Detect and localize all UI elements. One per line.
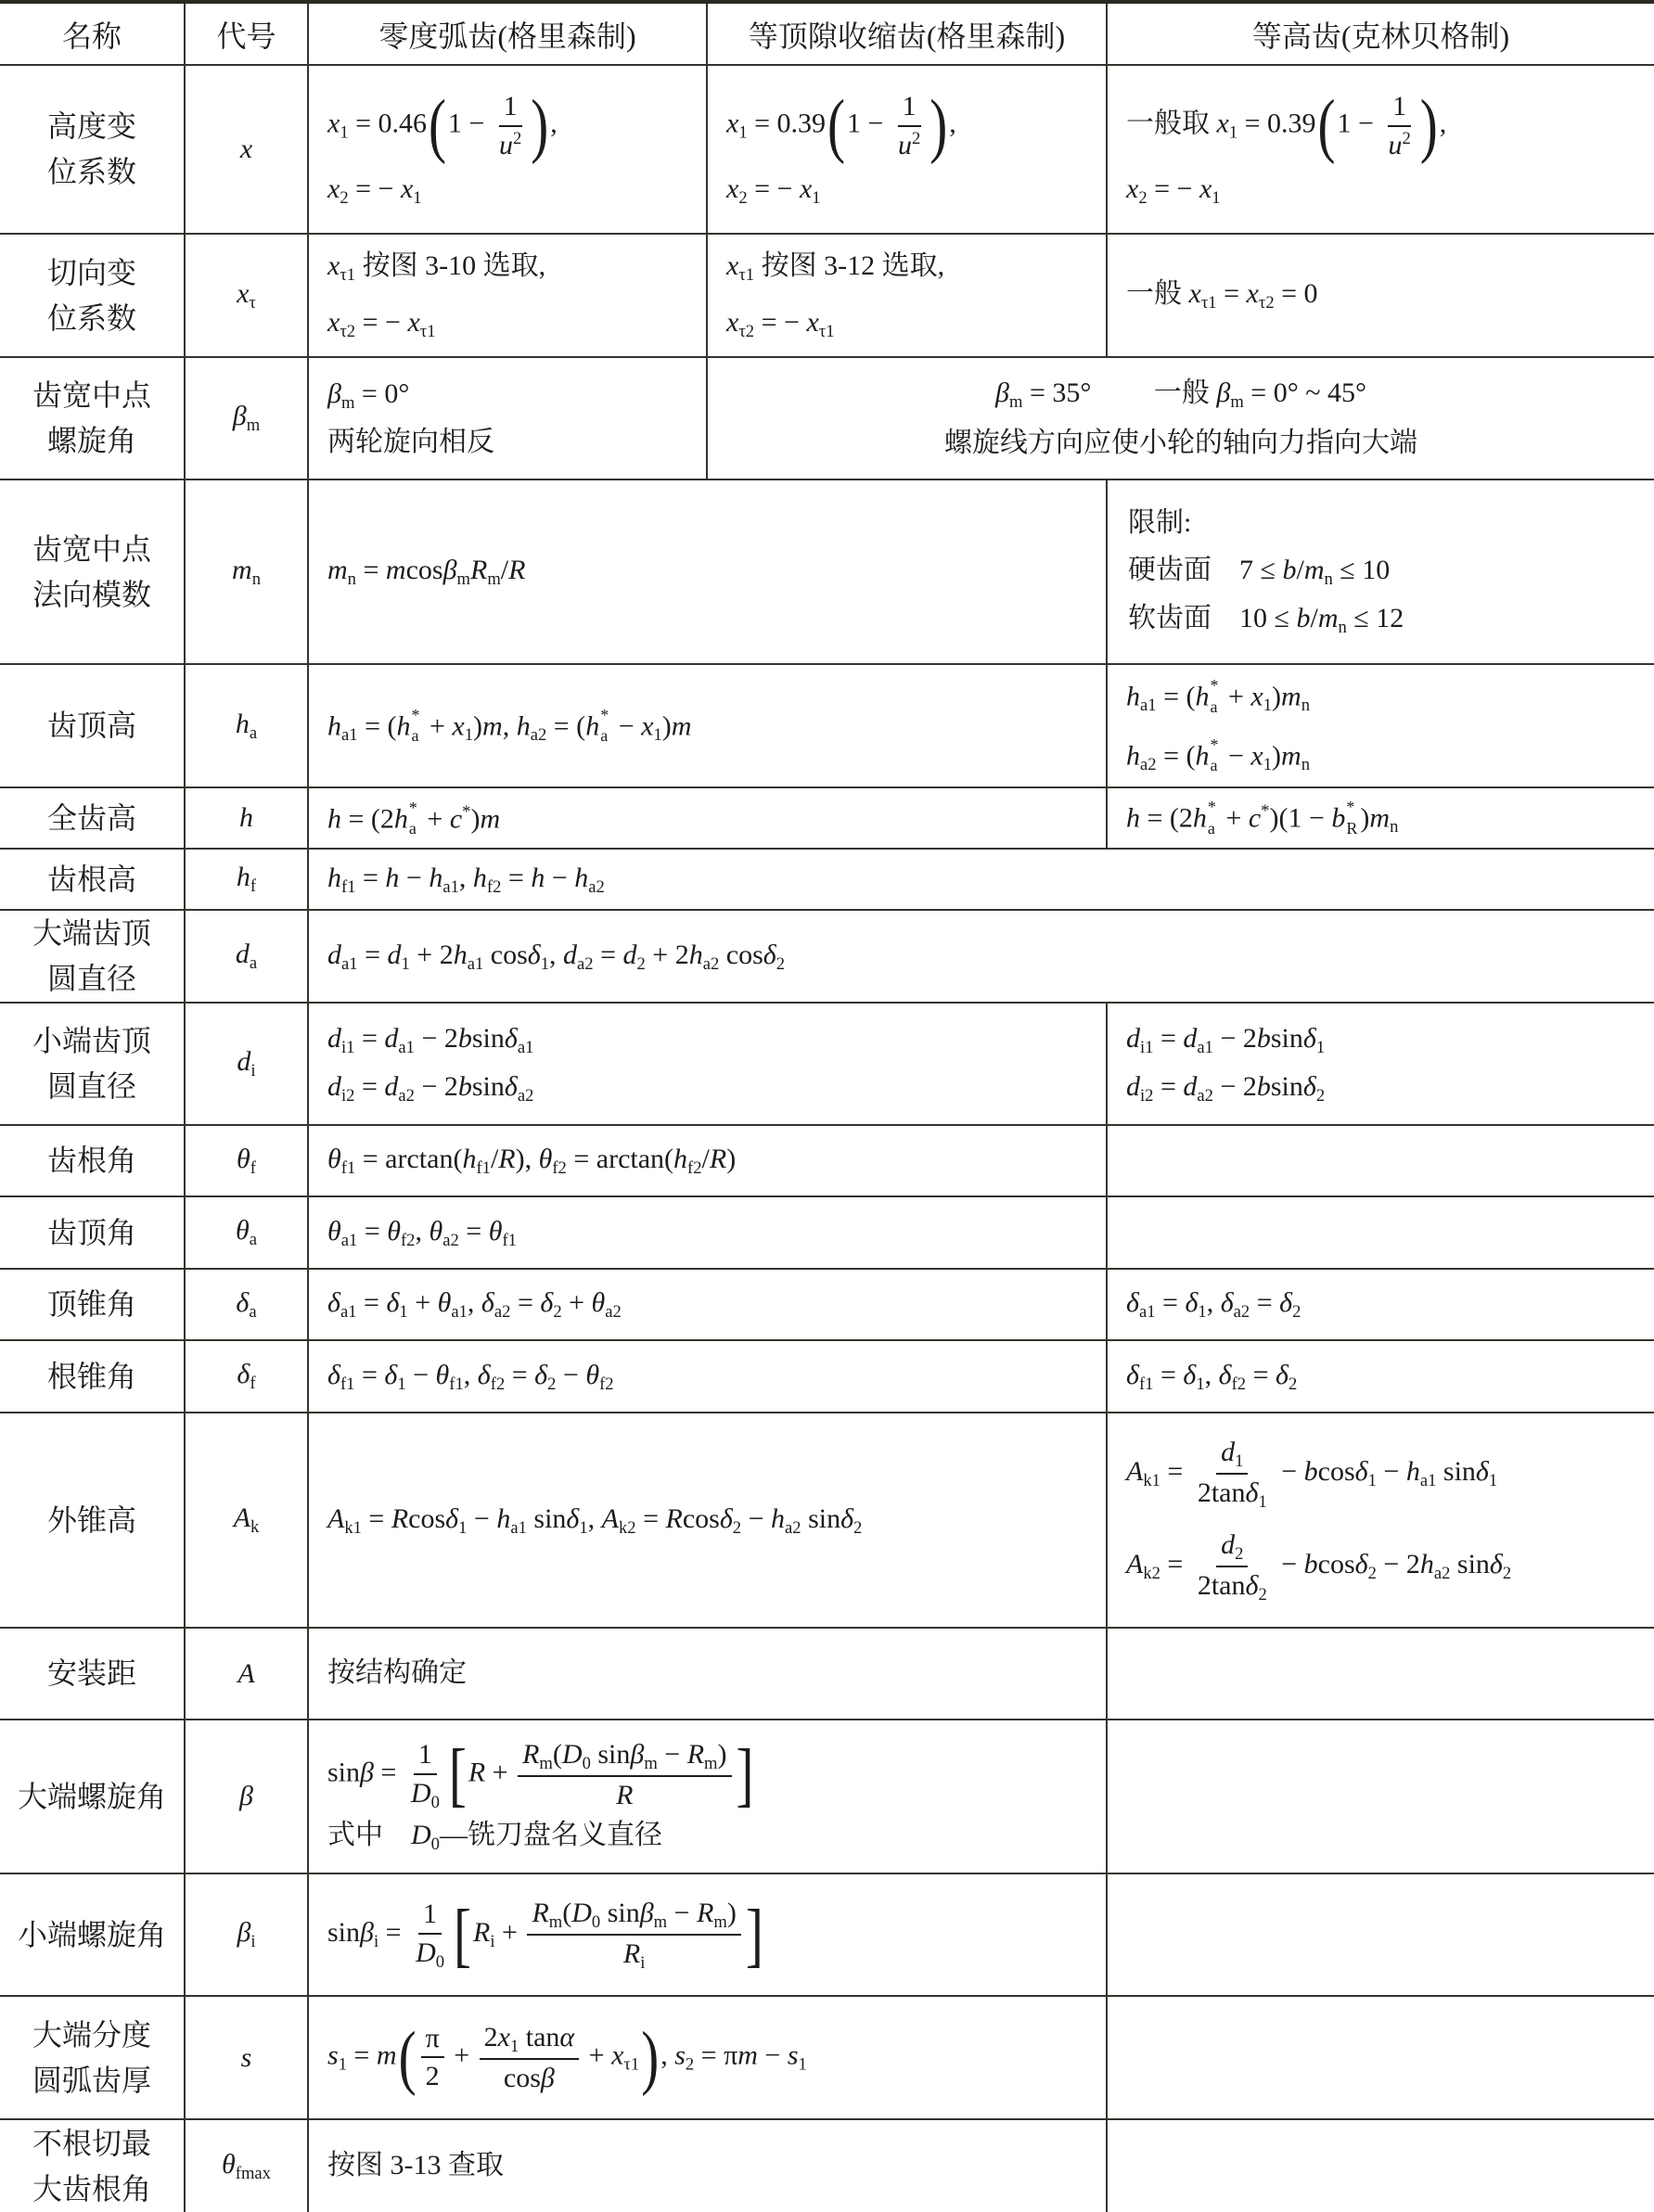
symbol: θfmax bbox=[222, 2149, 271, 2180]
merged-cell-zero-clearance: Ak1 = Rcosδ1 − ha1 sinδ1, Ak2 = Rcosδ2 −… bbox=[308, 1413, 1107, 1628]
table-row: 安装距 A 按结构确定 bbox=[0, 1628, 1654, 1720]
name-cell: 齿宽中点 法向模数 bbox=[0, 479, 185, 664]
formula-line: δf1 = δ1, δf2 = δ2 bbox=[1126, 1357, 1654, 1396]
symbol-cell: hf bbox=[185, 849, 308, 910]
symbol: A bbox=[237, 1658, 254, 1689]
table-row: 齿顶角 θa θa1 = θf2, θa2 = θf1 bbox=[0, 1196, 1654, 1269]
name-cell: 齿顶角 bbox=[0, 1196, 185, 1269]
merged-cell-zero-clearance: δf1 = δ1 − θf1, δf2 = δ2 − θf2 bbox=[308, 1340, 1107, 1413]
table-row: 根锥角 δf δf1 = δ1 − θf1, δf2 = δ2 − θf2 δf… bbox=[0, 1340, 1654, 1413]
name-cell: 齿顶高 bbox=[0, 664, 185, 787]
symbol-cell: δf bbox=[185, 1340, 308, 1413]
symbol-cell: β bbox=[185, 1720, 308, 1873]
formula-line: mn = mcosβmRm/R bbox=[327, 552, 1106, 591]
formula-line: hf1 = h − ha1, hf2 = h − ha2 bbox=[327, 860, 1654, 899]
formula-line: h = (2h*a + c*)m bbox=[327, 798, 1106, 839]
formula-line: θa1 = θf2, θa2 = θf1 bbox=[327, 1213, 1106, 1252]
symbol: δf bbox=[237, 1359, 255, 1389]
name-line: 切向变 bbox=[0, 250, 184, 296]
empty-cell bbox=[1107, 1628, 1654, 1720]
formula-line: 一般 xτ1 = xτ2 = 0 bbox=[1126, 275, 1654, 314]
symbol: θf bbox=[237, 1144, 256, 1174]
merged-cell-zero-clearance: θa1 = θf2, θa2 = θf1 bbox=[308, 1196, 1107, 1269]
table-row: 齿根角 θf θf1 = arctan(hf1/R), θf2 = arctan… bbox=[0, 1125, 1654, 1196]
table-row: 小端齿顶 圆直径 di di1 = da1 − 2bsinδa1 di2 = d… bbox=[0, 1003, 1654, 1125]
name-cell: 齿根角 bbox=[0, 1125, 185, 1196]
name-line: 法向模数 bbox=[0, 572, 184, 618]
constant-clearance-cell: xτ1 按图 3-12 选取, xτ2 = − xτ1 bbox=[707, 234, 1107, 357]
name-cell: 大端螺旋角 bbox=[0, 1720, 185, 1873]
formula-line: x2 = − x1 bbox=[1126, 171, 1654, 210]
name-cell: 外锥高 bbox=[0, 1413, 185, 1628]
formula-line: di2 = da2 − 2bsinδa2 bbox=[327, 1068, 1106, 1107]
formula-line: da1 = d1 + 2ha1 cosδ1, da2 = d2 + 2ha2 c… bbox=[327, 937, 1654, 976]
table-row: 齿根高 hf hf1 = h − ha1, hf2 = h − ha2 bbox=[0, 849, 1654, 910]
table-row: 外锥高 Ak Ak1 = Rcosδ1 − ha1 sinδ1, Ak2 = R… bbox=[0, 1413, 1654, 1628]
symbol-cell: θa bbox=[185, 1196, 308, 1269]
name-cell: 大端齿顶 圆直径 bbox=[0, 910, 185, 1003]
table-row: 齿宽中点 螺旋角 βm βm = 0° 两轮旋向相反 βm = 35° 一般 β… bbox=[0, 357, 1654, 479]
name-line: 齿根角 bbox=[0, 1138, 184, 1183]
formula-line: Ak1 = Rcosδ1 − ha1 sinδ1, Ak2 = Rcosδ2 −… bbox=[327, 1501, 1106, 1540]
constant-height-cell: δf1 = δ1, δf2 = δ2 bbox=[1107, 1340, 1654, 1413]
formula-line: x1 = 0.39(1 − 1u2), bbox=[726, 89, 1106, 162]
formula-line: xτ1 按图 3-10 选取, bbox=[327, 248, 706, 287]
name-line: 小端螺旋角 bbox=[0, 1912, 184, 1958]
name-line: 螺旋角 bbox=[0, 418, 184, 464]
header-constant-height-klingelnberg: 等高齿(克林贝格制) bbox=[1107, 2, 1654, 65]
formula-line: x2 = − x1 bbox=[327, 171, 706, 210]
formula-line: xτ2 = − xτ1 bbox=[327, 304, 706, 343]
symbol-cell: h bbox=[185, 787, 308, 849]
name-line: 大齿根角 bbox=[0, 2167, 184, 2212]
name-line: 高度变 bbox=[0, 104, 184, 149]
name-line: 齿宽中点 bbox=[0, 527, 184, 572]
symbol-cell: Ak bbox=[185, 1413, 308, 1628]
empty-cell bbox=[1107, 1125, 1654, 1196]
header-zero-spiral-gleason: 零度弧齿(格里森制) bbox=[308, 2, 707, 65]
name-cell: 小端螺旋角 bbox=[0, 1873, 185, 1996]
constant-height-cell: di1 = da1 − 2bsinδ1 di2 = da2 − 2bsinδ2 bbox=[1107, 1003, 1654, 1125]
formula-line: 一般取 x1 = 0.39(1 − 1u2), bbox=[1126, 89, 1654, 162]
constant-height-cell: Ak1 = d12tanδ1 − bcosδ1 − ha1 sinδ1 Ak2 … bbox=[1107, 1413, 1654, 1628]
formula-line: 按结构确定 bbox=[327, 1655, 1106, 1693]
name-cell: 齿宽中点 螺旋角 bbox=[0, 357, 185, 479]
table-row: 齿顶高 ha ha1 = (h*a + x1)m, ha2 = (h*a − x… bbox=[0, 664, 1654, 787]
constant-height-cell: δa1 = δ1, δa2 = δ2 bbox=[1107, 1269, 1654, 1340]
symbol-cell: s bbox=[185, 1996, 308, 2119]
merged-cell-clearance-height: βm = 35° 一般 βm = 0° ~ 45° 螺旋线方向应使小轮的轴向力指… bbox=[707, 357, 1654, 479]
merged-cell-zero-clearance: δa1 = δ1 + θa1, δa2 = δ2 + θa2 bbox=[308, 1269, 1107, 1340]
formula-line: sinβ = 1D0[R + Rm(D0 sinβm − Rm)R] bbox=[327, 1737, 1106, 1813]
formula-line: 限制: bbox=[1128, 505, 1654, 543]
symbol-cell: ha bbox=[185, 664, 308, 787]
zero-spiral-cell: x1 = 0.46(1 − 1u2), x2 = − x1 bbox=[308, 65, 707, 234]
header-row: 名称 代号 零度弧齿(格里森制) 等顶隙收缩齿(格里森制) 等高齿(克林贝格制) bbox=[0, 2, 1654, 65]
name-cell: 小端齿顶 圆直径 bbox=[0, 1003, 185, 1125]
symbol: di bbox=[237, 1046, 255, 1077]
symbol: θa bbox=[236, 1215, 257, 1246]
name-line: 根锥角 bbox=[0, 1354, 184, 1400]
name-line: 齿顶高 bbox=[0, 703, 184, 748]
symbol-cell: θf bbox=[185, 1125, 308, 1196]
name-cell: 安装距 bbox=[0, 1628, 185, 1720]
name-line: 圆弧齿厚 bbox=[0, 2058, 184, 2103]
merged-cell-zero-clearance: h = (2h*a + c*)m bbox=[308, 787, 1107, 849]
name-line: 外锥高 bbox=[0, 1498, 184, 1543]
table-row: 大端齿顶 圆直径 da da1 = d1 + 2ha1 cosδ1, da2 =… bbox=[0, 910, 1654, 1003]
header-constant-clearance-gleason: 等顶隙收缩齿(格里森制) bbox=[707, 2, 1107, 65]
constant-clearance-cell: x1 = 0.39(1 − 1u2), x2 = − x1 bbox=[707, 65, 1107, 234]
symbol: hf bbox=[237, 862, 256, 892]
name-line: 位系数 bbox=[0, 296, 184, 341]
empty-cell bbox=[1107, 1873, 1654, 1996]
merged-cell-zero-clearance: s1 = m(π2 + 2x1 tanαcosβ + xτ1), s2 = πm… bbox=[308, 1996, 1107, 2119]
name-line: 安装距 bbox=[0, 1651, 184, 1696]
symbol: x bbox=[240, 134, 252, 164]
table-row: 小端螺旋角 βi sinβi = 1D0[Ri + Rm(D0 sinβm − … bbox=[0, 1873, 1654, 1996]
formula-line: sinβi = 1D0[Ri + Rm(D0 sinβm − Rm)Ri] bbox=[327, 1896, 1106, 1974]
table-row: 切向变 位系数 xτ xτ1 按图 3-10 选取, xτ2 = − xτ1 x… bbox=[0, 234, 1654, 357]
name-cell: 全齿高 bbox=[0, 787, 185, 849]
constant-height-cell: h = (2h*a + c*)(1 − b*R)mn bbox=[1107, 787, 1654, 849]
zero-spiral-cell: βm = 0° 两轮旋向相反 bbox=[308, 357, 707, 479]
merged-cell-zero-clearance: sinβi = 1D0[Ri + Rm(D0 sinβm − Rm)Ri] bbox=[308, 1873, 1107, 1996]
table-row: 全齿高 h h = (2h*a + c*)m h = (2h*a + c*)(1… bbox=[0, 787, 1654, 849]
formula-line: Ak1 = d12tanδ1 − bcosδ1 − ha1 sinδ1 bbox=[1126, 1435, 1654, 1513]
formula-line: 硬齿面 7 ≤ b/mn ≤ 10 bbox=[1128, 552, 1654, 591]
formula-line: δa1 = δ1, δa2 = δ2 bbox=[1126, 1285, 1654, 1323]
formula-line: 按图 3-13 查取 bbox=[327, 2147, 1106, 2185]
formula-line: ha1 = (h*a + x1)m, ha2 = (h*a − x1)m bbox=[327, 705, 1106, 747]
formula-line: di2 = da2 − 2bsinδ2 bbox=[1126, 1068, 1654, 1107]
constant-height-cell: ha1 = (h*a + x1)mn ha2 = (h*a − x1)mn bbox=[1107, 664, 1654, 787]
symbol-cell: βi bbox=[185, 1873, 308, 1996]
name-line: 齿宽中点 bbox=[0, 373, 184, 418]
empty-cell bbox=[1107, 1196, 1654, 1269]
formula-line: ha1 = (h*a + x1)mn bbox=[1126, 675, 1654, 717]
formula-line: δf1 = δ1 − θf1, δf2 = δ2 − θf2 bbox=[327, 1357, 1106, 1396]
name-line: 圆直径 bbox=[0, 1064, 184, 1109]
merged-cell-zero-clearance: 按图 3-13 查取 bbox=[308, 2119, 1107, 2212]
name-cell: 大端分度 圆弧齿厚 bbox=[0, 1996, 185, 2119]
table-row: 高度变 位系数 x x1 = 0.46(1 − 1u2), x2 = − x1 … bbox=[0, 65, 1654, 234]
symbol: δa bbox=[236, 1287, 256, 1318]
name-cell: 切向变 位系数 bbox=[0, 234, 185, 357]
symbol-cell: da bbox=[185, 910, 308, 1003]
symbol-cell: θfmax bbox=[185, 2119, 308, 2212]
symbol: ha bbox=[236, 709, 257, 739]
formula-line: δa1 = δ1 + θa1, δa2 = δ2 + θa2 bbox=[327, 1285, 1106, 1323]
name-cell: 不根切最 大齿根角 bbox=[0, 2119, 185, 2212]
symbol: h bbox=[239, 802, 253, 833]
formula-line: xτ1 按图 3-12 选取, bbox=[726, 248, 1106, 287]
symbol-cell: xτ bbox=[185, 234, 308, 357]
symbol: βm bbox=[233, 401, 260, 431]
empty-cell bbox=[1107, 1720, 1654, 1873]
table-row: 不根切最 大齿根角 θfmax 按图 3-13 查取 bbox=[0, 2119, 1654, 2212]
formula-line: x1 = 0.46(1 − 1u2), bbox=[327, 89, 706, 162]
name-cell: 高度变 位系数 bbox=[0, 65, 185, 234]
table-row: 齿宽中点 法向模数 mn mn = mcosβmRm/R 限制: 硬齿面 7 ≤… bbox=[0, 479, 1654, 664]
constant-height-cell: 限制: 硬齿面 7 ≤ b/mn ≤ 10 软齿面 10 ≤ b/mn ≤ 12 bbox=[1107, 479, 1654, 664]
spiral-bevel-gear-parameter-table: 名称 代号 零度弧齿(格里森制) 等顶隙收缩齿(格里森制) 等高齿(克林贝格制)… bbox=[0, 0, 1654, 2212]
name-line: 齿顶角 bbox=[0, 1210, 184, 1256]
symbol-cell: βm bbox=[185, 357, 308, 479]
formula-line: 螺旋线方向应使小轮的轴向力指向大端 bbox=[944, 425, 1417, 463]
symbol-cell: mn bbox=[185, 479, 308, 664]
formula-line: θf1 = arctan(hf1/R), θf2 = arctan(hf2/R) bbox=[327, 1141, 1106, 1180]
formula-line: x2 = − x1 bbox=[726, 171, 1106, 210]
name-line: 全齿高 bbox=[0, 796, 184, 841]
formula-line: xτ2 = − xτ1 bbox=[726, 304, 1106, 343]
name-line: 小端齿顶 bbox=[0, 1018, 184, 1064]
table-row: 顶锥角 δa δa1 = δ1 + θa1, δa2 = δ2 + θa2 δa… bbox=[0, 1269, 1654, 1340]
symbol-cell: δa bbox=[185, 1269, 308, 1340]
formula-line: s1 = m(π2 + 2x1 tanαcosβ + xτ1), s2 = πm… bbox=[327, 2020, 1106, 2096]
name-line: 位系数 bbox=[0, 149, 184, 195]
formula-line: di1 = da1 − 2bsinδ1 bbox=[1126, 1020, 1654, 1059]
zero-spiral-cell: xτ1 按图 3-10 选取, xτ2 = − xτ1 bbox=[308, 234, 707, 357]
symbol: Ak bbox=[234, 1502, 260, 1533]
name-line: 圆直径 bbox=[0, 956, 184, 1002]
formula-line: Ak2 = d22tanδ2 − bcosδ2 − 2ha2 sinδ2 bbox=[1126, 1528, 1654, 1605]
symbol: s bbox=[241, 2042, 252, 2073]
merged-cell-zero-clearance: 按结构确定 bbox=[308, 1628, 1107, 1720]
name-line: 不根切最 bbox=[0, 2121, 184, 2167]
symbol: βi bbox=[237, 1917, 255, 1948]
formula-line: di1 = da1 − 2bsinδa1 bbox=[327, 1020, 1106, 1059]
name-cell: 顶锥角 bbox=[0, 1269, 185, 1340]
formula-line: 式中 D0—铣刀盘名义直径 bbox=[327, 1817, 1106, 1856]
symbol: mn bbox=[232, 555, 261, 585]
name-cell: 根锥角 bbox=[0, 1340, 185, 1413]
table-row: 大端螺旋角 β sinβ = 1D0[R + Rm(D0 sinβm − Rm)… bbox=[0, 1720, 1654, 1873]
symbol: da bbox=[236, 939, 257, 969]
formula-line: βm = 0° bbox=[327, 376, 706, 415]
table-row: 大端分度 圆弧齿厚 s s1 = m(π2 + 2x1 tanαcosβ + x… bbox=[0, 1996, 1654, 2119]
symbol: β bbox=[239, 1781, 253, 1811]
formula-line: ha2 = (h*a − x1)mn bbox=[1126, 735, 1654, 776]
symbol: xτ bbox=[237, 278, 256, 309]
name-line: 齿根高 bbox=[0, 857, 184, 902]
merged-cell-zero-clearance: di1 = da1 − 2bsinδa1 di2 = da2 − 2bsinδa… bbox=[308, 1003, 1107, 1125]
name-line: 大端螺旋角 bbox=[0, 1774, 184, 1820]
merged-cell-all-types: da1 = d1 + 2ha1 cosδ1, da2 = d2 + 2ha2 c… bbox=[308, 910, 1654, 1003]
symbol-cell: di bbox=[185, 1003, 308, 1125]
name-cell: 齿根高 bbox=[0, 849, 185, 910]
name-line: 顶锥角 bbox=[0, 1282, 184, 1327]
merged-cell-zero-clearance: sinβ = 1D0[R + Rm(D0 sinβm − Rm)R] 式中 D0… bbox=[308, 1720, 1107, 1873]
constant-height-cell: 一般取 x1 = 0.39(1 − 1u2), x2 = − x1 bbox=[1107, 65, 1654, 234]
formula-line: 软齿面 10 ≤ b/mn ≤ 12 bbox=[1128, 600, 1654, 639]
header-symbol: 代号 bbox=[185, 2, 308, 65]
symbol-cell: A bbox=[185, 1628, 308, 1720]
merged-cell-zero-clearance: θf1 = arctan(hf1/R), θf2 = arctan(hf2/R) bbox=[308, 1125, 1107, 1196]
merged-cell-zero-clearance: mn = mcosβmRm/R bbox=[308, 479, 1107, 664]
name-line: 大端分度 bbox=[0, 2013, 184, 2058]
header-name: 名称 bbox=[0, 2, 185, 65]
symbol-cell: x bbox=[185, 65, 308, 234]
empty-cell bbox=[1107, 1996, 1654, 2119]
merged-cell-zero-clearance: ha1 = (h*a + x1)m, ha2 = (h*a − x1)m bbox=[308, 664, 1107, 787]
formula-line: h = (2h*a + c*)(1 − b*R)mn bbox=[1126, 797, 1654, 838]
empty-cell bbox=[1107, 2119, 1654, 2212]
formula-line: βm = 35° 一般 βm = 0° ~ 45° bbox=[995, 375, 1366, 414]
constant-height-cell: 一般 xτ1 = xτ2 = 0 bbox=[1107, 234, 1654, 357]
formula-line: 两轮旋向相反 bbox=[327, 424, 706, 462]
merged-cell-all-types: hf1 = h − ha1, hf2 = h − ha2 bbox=[308, 849, 1654, 910]
name-line: 大端齿顶 bbox=[0, 911, 184, 956]
